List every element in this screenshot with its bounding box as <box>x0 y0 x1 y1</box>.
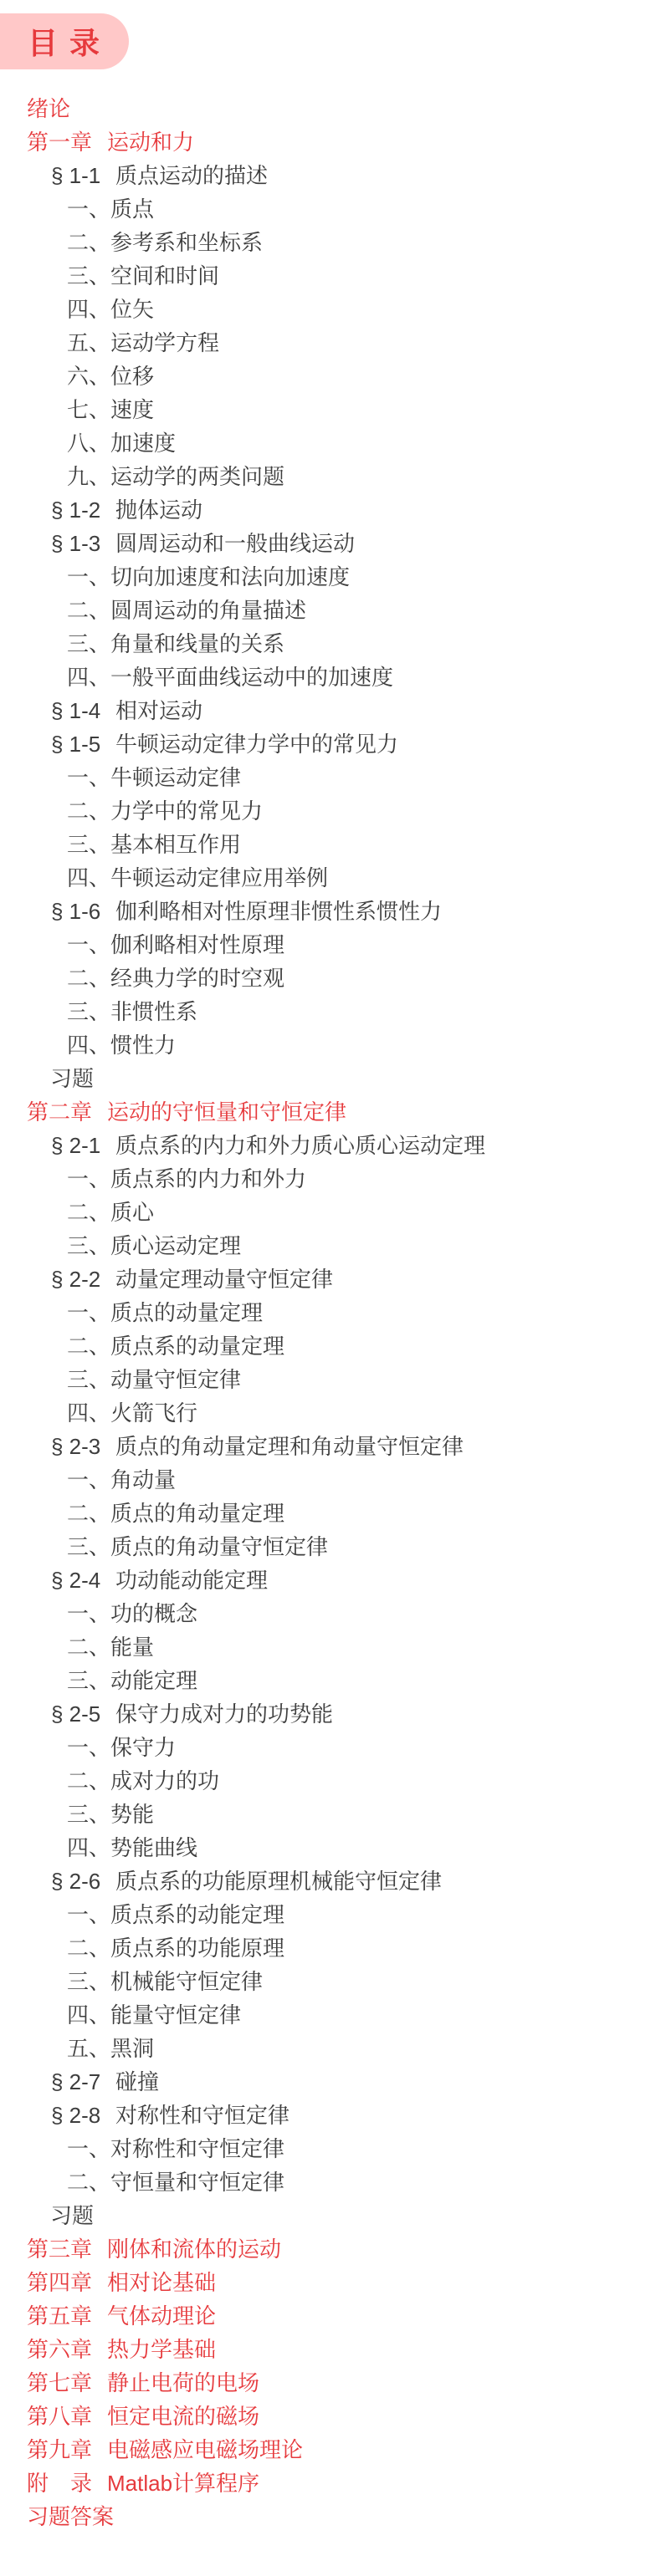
toc-entry: 三、机械能守恒定律 <box>0 1965 661 1998</box>
toc-entry-title: 一、角动量 <box>67 1467 176 1492</box>
toc-entry: 一、对称性和守恒定律 <box>0 2132 661 2165</box>
toc-entry: 四、位矢 <box>0 293 661 326</box>
toc-entry-title: 碰撞 <box>115 2069 159 2094</box>
toc-entry-title: 一、质点 <box>67 196 154 222</box>
toc-entry: 九、运动学的两类问题 <box>0 460 661 493</box>
toc-entry-title: 二、质点的角动量定理 <box>67 1501 284 1526</box>
toc-entry: 六、位移 <box>0 360 661 393</box>
toc-entry: 第二章运动的守恒量和守恒定律 <box>0 1095 661 1129</box>
toc-entry-title: 二、参考系和坐标系 <box>67 230 263 255</box>
toc-entry-title: 电磁感应电磁场理论 <box>107 2437 303 2462</box>
toc-entry-title: 二、质心 <box>67 1200 154 1225</box>
toc-badge: 目 录 <box>0 13 129 69</box>
toc-entry-title: 一、切向加速度和法向加速度 <box>67 564 350 589</box>
toc-entry-num: § 1-5 <box>51 727 115 761</box>
toc-entry: 四、势能曲线 <box>0 1831 661 1864</box>
toc-entry: § 1-5牛顿运动定律力学中的常见力 <box>0 727 661 761</box>
toc-entry-num: § 1-4 <box>51 694 115 727</box>
toc-entry-title: 对称性和守恒定律 <box>115 2103 290 2128</box>
toc-entry: 一、牛顿运动定律 <box>0 761 661 794</box>
toc-entry-title: 六、位移 <box>67 364 154 389</box>
toc-entry: § 2-3质点的角动量定理和角动量守恒定律 <box>0 1430 661 1463</box>
toc-entry: 二、成对力的功 <box>0 1764 661 1798</box>
toc-entry-num: 第五章 <box>27 2299 107 2333</box>
toc-badge-label: 目 录 <box>28 20 101 63</box>
toc-entry: 一、切向加速度和法向加速度 <box>0 560 661 594</box>
toc-entry: 五、运动学方程 <box>0 326 661 360</box>
toc-entry-title: 质点系的功能原理机械能守恒定律 <box>115 1869 442 1894</box>
toc-entry-num: 第六章 <box>27 2333 107 2366</box>
toc-entry-title: 九、运动学的两类问题 <box>67 464 284 489</box>
toc-entry: 二、质心 <box>0 1196 661 1229</box>
toc-entry: 三、质心运动定理 <box>0 1229 661 1262</box>
toc-entry-num: 第三章 <box>27 2232 107 2266</box>
toc-entry-title: 抛体运动 <box>115 497 202 523</box>
toc-entry-title: 静止电荷的电场 <box>107 2370 259 2395</box>
toc-entry-title: 三、质心运动定理 <box>67 1233 241 1258</box>
toc-entry-num: 第九章 <box>27 2433 107 2466</box>
toc-entry: 第八章恒定电流的磁场 <box>0 2400 661 2433</box>
toc-entry-title: 质点运动的描述 <box>115 163 268 188</box>
toc-entry: 二、质点系的功能原理 <box>0 1931 661 1965</box>
toc-entry-title: 三、动量守恒定律 <box>67 1367 241 1392</box>
toc-entry-num: 第七章 <box>27 2366 107 2400</box>
toc-entry: 二、能量 <box>0 1630 661 1664</box>
toc-entry-title: 四、火箭飞行 <box>67 1400 197 1426</box>
toc-entry-title: 二、守恒量和守恒定律 <box>67 2170 284 2195</box>
toc-entry-num: § 2-7 <box>51 2065 115 2099</box>
toc-entry: 第七章静止电荷的电场 <box>0 2366 661 2400</box>
toc-entry: 四、牛顿运动定律应用举例 <box>0 861 661 895</box>
toc-entry: 一、质点的动量定理 <box>0 1296 661 1329</box>
toc-entry-title: 二、质点系的动量定理 <box>67 1334 284 1359</box>
toc-entry: § 1-1质点运动的描述 <box>0 159 661 192</box>
toc-entry-num: 第一章 <box>27 125 107 159</box>
toc-entry: § 2-5保守力成对力的功势能 <box>0 1697 661 1731</box>
toc-entry: 二、参考系和坐标系 <box>0 226 661 259</box>
toc-entry-title: 三、势能 <box>67 1802 154 1827</box>
toc-entry: 三、动能定理 <box>0 1664 661 1697</box>
toc-entry-num: § 1-1 <box>51 159 115 192</box>
toc-entry: 二、质点系的动量定理 <box>0 1329 661 1363</box>
toc-entry-title: 习题 <box>50 1066 94 1091</box>
toc-entry-title: 刚体和流体的运动 <box>107 2237 281 2262</box>
toc-entry: § 2-1质点系的内力和外力质心质心运动定理 <box>0 1129 661 1162</box>
toc-entry-num: § 1-6 <box>51 895 115 928</box>
toc-entry: 二、守恒量和守恒定律 <box>0 2165 661 2199</box>
toc-entry-title: 习题答案 <box>27 2504 114 2529</box>
toc-entry: § 2-8对称性和守恒定律 <box>0 2099 661 2132</box>
toc-entry-title: 二、力学中的常见力 <box>67 798 263 824</box>
toc-entry: 绪论 <box>0 92 661 125</box>
toc-entry-num: 第二章 <box>27 1095 107 1129</box>
toc-entry-title: 运动和力 <box>107 130 194 155</box>
toc-entry: 习题答案 <box>0 2500 661 2533</box>
toc-entry-title: 二、圆周运动的角量描述 <box>67 598 306 623</box>
toc-entry: § 1-6伽利略相对性原理非惯性系惯性力 <box>0 895 661 928</box>
toc-entry: 一、质点系的动能定理 <box>0 1898 661 1931</box>
toc-entry: 五、黑洞 <box>0 2032 661 2065</box>
toc-entry-title: 质点的角动量定理和角动量守恒定律 <box>115 1434 464 1459</box>
toc-entry: 二、经典力学的时空观 <box>0 962 661 995</box>
toc-entry-title: 三、基本相互作用 <box>67 832 241 857</box>
toc-entry: 习题 <box>0 2199 661 2232</box>
toc-entry-title: 三、空间和时间 <box>67 263 219 288</box>
toc-entry-title: 五、黑洞 <box>67 2036 154 2061</box>
toc-entry: 三、势能 <box>0 1798 661 1831</box>
toc-entry-title: 三、角量和线量的关系 <box>67 631 284 656</box>
toc-entry: 七、速度 <box>0 393 661 426</box>
toc-entry-title: 四、能量守恒定律 <box>67 2002 241 2028</box>
toc-entry: 三、动量守恒定律 <box>0 1363 661 1396</box>
toc-entry-title: 一、对称性和守恒定律 <box>67 2136 284 2161</box>
toc-entry-title: 三、质点的角动量守恒定律 <box>67 1534 328 1559</box>
toc-entry-title: 一、伽利略相对性原理 <box>67 932 284 957</box>
toc-entry-title: 一、质点的动量定理 <box>67 1300 263 1325</box>
toc-entry-title: 绪论 <box>27 96 70 121</box>
toc-entry-title: 七、速度 <box>67 397 154 422</box>
toc-entry-num: 附 录 <box>27 2466 107 2500</box>
toc-entry: 四、一般平面曲线运动中的加速度 <box>0 661 661 694</box>
toc-entry-title: 四、惯性力 <box>67 1033 176 1058</box>
toc-entry: § 1-3圆周运动和一般曲线运动 <box>0 527 661 560</box>
toc-entry-title: 一、牛顿运动定律 <box>67 765 241 790</box>
toc-entry: 四、火箭飞行 <box>0 1396 661 1430</box>
toc-entry: § 2-4功动能动能定理 <box>0 1563 661 1597</box>
toc-entry: § 2-2动量定理动量守恒定律 <box>0 1262 661 1296</box>
toc-list: 绪论第一章运动和力§ 1-1质点运动的描述一、质点二、参考系和坐标系三、空间和时… <box>0 92 661 2533</box>
toc-entry-num: § 1-2 <box>51 493 115 527</box>
toc-entry: 一、质点 <box>0 192 661 226</box>
toc-entry: 第九章电磁感应电磁场理论 <box>0 2433 661 2466</box>
toc-entry: 一、伽利略相对性原理 <box>0 928 661 962</box>
toc-entry-title: 质点系的内力和外力质心质心运动定理 <box>115 1133 485 1158</box>
toc-entry-num: § 2-5 <box>51 1697 115 1731</box>
toc-entry: 第三章刚体和流体的运动 <box>0 2232 661 2266</box>
toc-entry: 附 录Matlab计算程序 <box>0 2466 661 2500</box>
toc-entry-title: 三、动能定理 <box>67 1668 197 1693</box>
toc-entry-num: § 2-2 <box>51 1262 115 1296</box>
toc-entry-title: 运动的守恒量和守恒定律 <box>107 1099 346 1125</box>
toc-entry-title: 一、质点系的内力和外力 <box>67 1166 306 1191</box>
toc-entry: 第六章热力学基础 <box>0 2333 661 2366</box>
toc-entry-title: 一、功的概念 <box>67 1601 197 1626</box>
toc-entry: 二、力学中的常见力 <box>0 794 661 828</box>
toc-entry: 一、角动量 <box>0 1463 661 1497</box>
toc-entry-num: 第八章 <box>27 2400 107 2433</box>
toc-entry: 第四章相对论基础 <box>0 2266 661 2299</box>
toc-entry: 三、非惯性系 <box>0 995 661 1028</box>
toc-entry-title: 二、能量 <box>67 1635 154 1660</box>
toc-entry-title: 相对运动 <box>115 698 202 723</box>
toc-entry: 一、质点系的内力和外力 <box>0 1162 661 1196</box>
toc-entry: 四、能量守恒定律 <box>0 1998 661 2032</box>
toc-entry: 二、质点的角动量定理 <box>0 1497 661 1530</box>
toc-entry: § 1-4相对运动 <box>0 694 661 727</box>
toc-entry-title: 相对论基础 <box>107 2270 216 2295</box>
toc-entry-num: § 2-4 <box>51 1563 115 1597</box>
toc-entry-num: § 1-3 <box>51 527 115 560</box>
toc-entry: 八、加速度 <box>0 426 661 460</box>
toc-entry: 四、惯性力 <box>0 1028 661 1062</box>
toc-entry: 三、角量和线量的关系 <box>0 627 661 661</box>
toc-entry-title: 圆周运动和一般曲线运动 <box>115 531 355 556</box>
toc-entry: § 2-7碰撞 <box>0 2065 661 2099</box>
toc-entry-title: 二、质点系的功能原理 <box>67 1936 284 1961</box>
toc-entry: 习题 <box>0 1062 661 1095</box>
toc-entry-title: 四、势能曲线 <box>67 1835 197 1860</box>
toc-entry: 三、空间和时间 <box>0 259 661 293</box>
toc-entry-title: 一、质点系的动能定理 <box>67 1902 284 1927</box>
toc-entry-title: 功动能动能定理 <box>115 1568 268 1593</box>
toc-entry: 三、基本相互作用 <box>0 828 661 861</box>
toc-entry-title: Matlab计算程序 <box>107 2471 259 2496</box>
toc-entry-title: 伽利略相对性原理非惯性系惯性力 <box>115 899 442 924</box>
toc-entry-title: 气体动理论 <box>107 2303 216 2329</box>
toc-entry-title: 四、牛顿运动定律应用举例 <box>67 865 328 890</box>
toc-entry: 一、保守力 <box>0 1731 661 1764</box>
toc-entry-title: 保守力成对力的功势能 <box>115 1701 333 1727</box>
toc-entry-title: 二、成对力的功 <box>67 1768 219 1793</box>
toc-entry-title: 二、经典力学的时空观 <box>67 966 284 991</box>
toc-entry: 一、功的概念 <box>0 1597 661 1630</box>
toc-entry-title: 八、加速度 <box>67 431 176 456</box>
toc-entry-num: 第四章 <box>27 2266 107 2299</box>
toc-entry-title: 三、非惯性系 <box>67 999 197 1024</box>
toc-entry-title: 一、保守力 <box>67 1735 176 1760</box>
toc-entry-num: § 2-1 <box>51 1129 115 1162</box>
toc-entry: 三、质点的角动量守恒定律 <box>0 1530 661 1563</box>
toc-entry-title: 牛顿运动定律力学中的常见力 <box>115 732 398 757</box>
toc-entry-num: § 2-8 <box>51 2099 115 2132</box>
toc-entry-num: § 2-3 <box>51 1430 115 1463</box>
toc-entry-title: 动量定理动量守恒定律 <box>115 1267 333 1292</box>
toc-entry: § 1-2抛体运动 <box>0 493 661 527</box>
toc-entry-title: 四、一般平面曲线运动中的加速度 <box>67 665 393 690</box>
toc-entry-title: 三、机械能守恒定律 <box>67 1969 263 1994</box>
toc-entry-title: 四、位矢 <box>67 297 154 322</box>
toc-entry: 第一章运动和力 <box>0 125 661 159</box>
toc-entry-num: § 2-6 <box>51 1864 115 1898</box>
toc-entry-title: 热力学基础 <box>107 2337 216 2362</box>
toc-entry: 二、圆周运动的角量描述 <box>0 594 661 627</box>
toc-entry-title: 习题 <box>50 2203 94 2228</box>
toc-entry-title: 恒定电流的磁场 <box>107 2404 259 2429</box>
toc-entry: § 2-6质点系的功能原理机械能守恒定律 <box>0 1864 661 1898</box>
toc-entry: 第五章气体动理论 <box>0 2299 661 2333</box>
toc-entry-title: 五、运动学方程 <box>67 330 219 355</box>
